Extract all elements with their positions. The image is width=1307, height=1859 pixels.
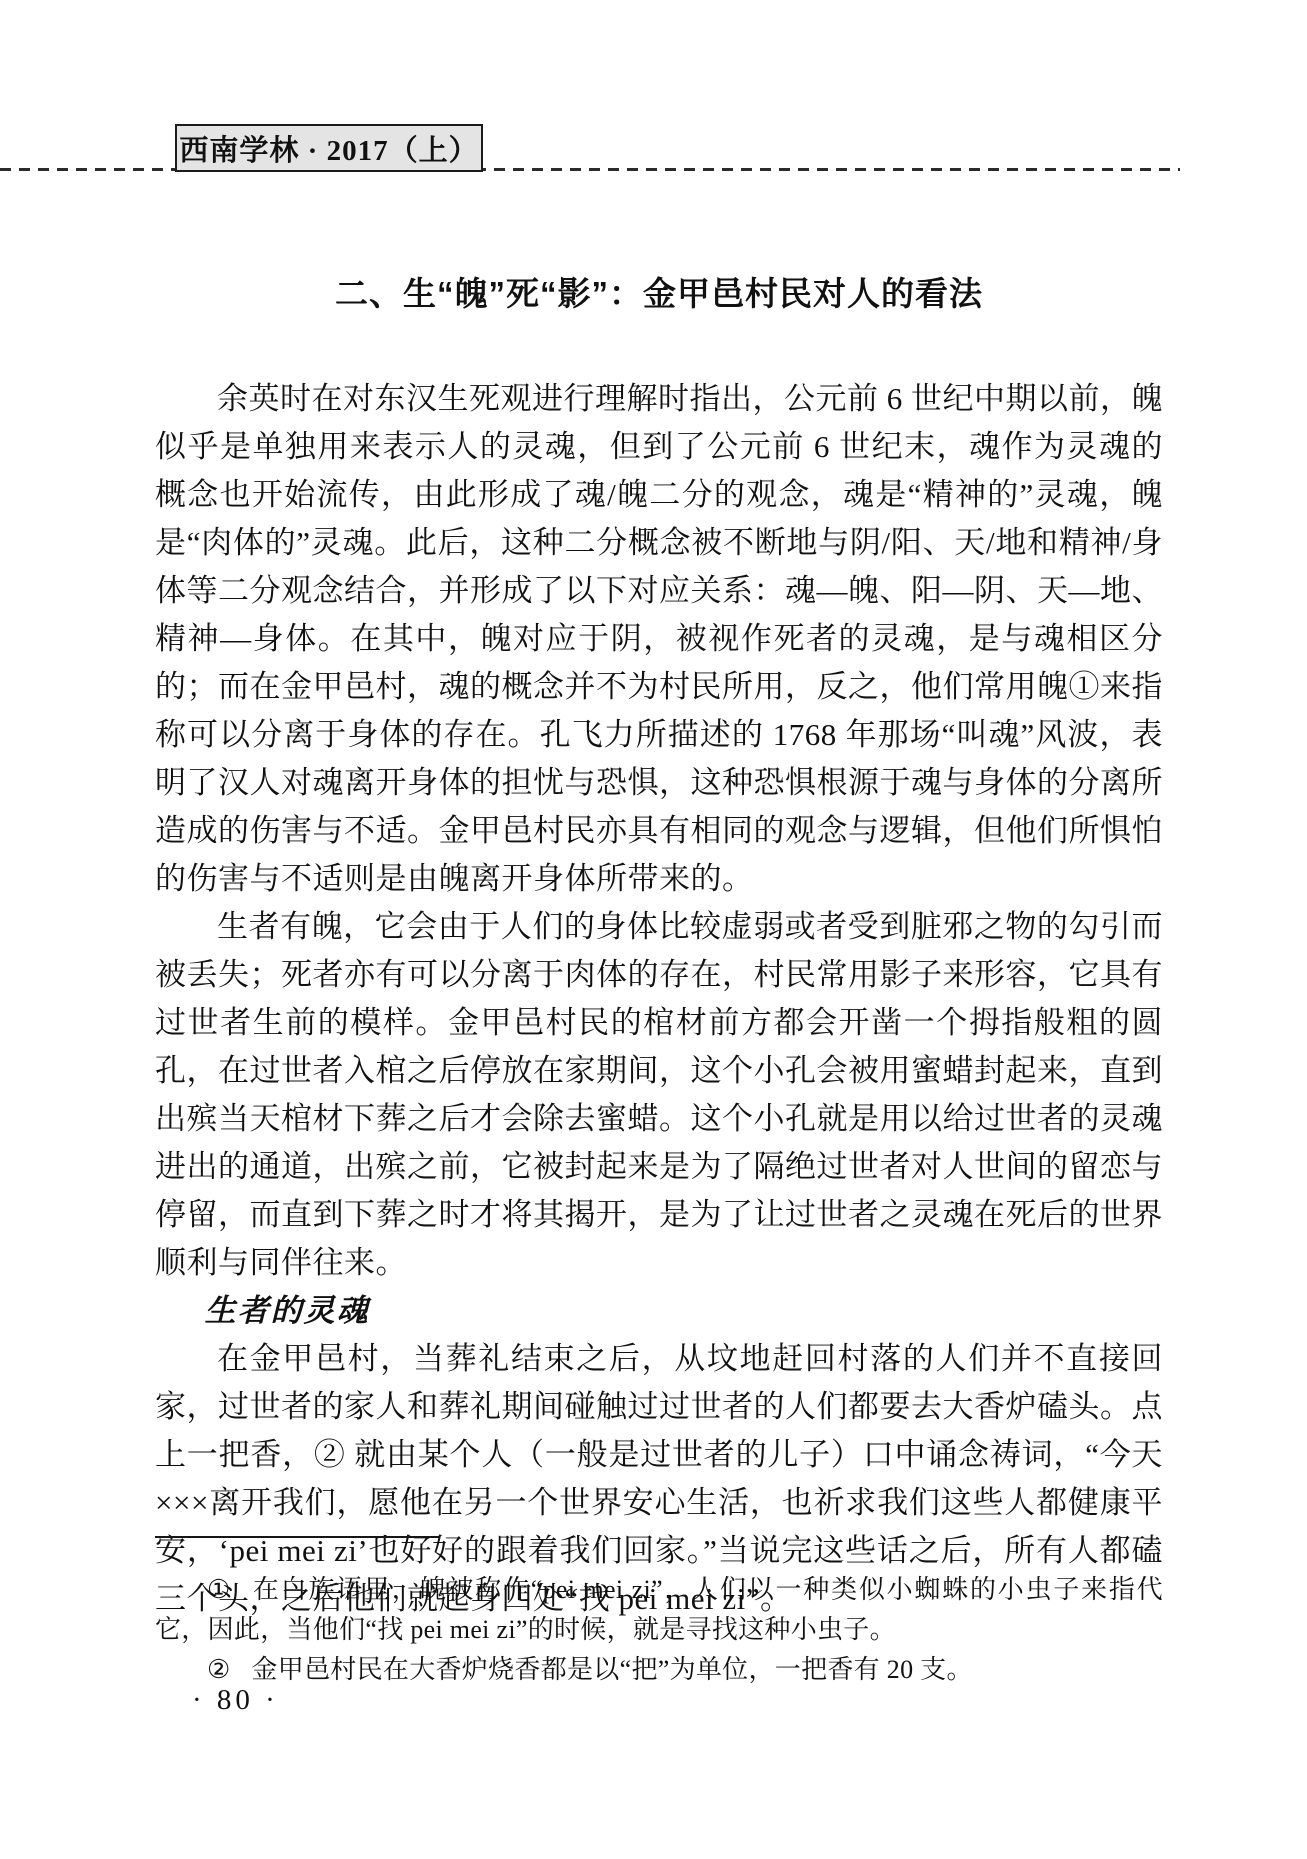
footnote-block: ①在白族语里，魄被称作“pei mei zi”，人们以一种类似小蜘蛛的小虫子来指… xyxy=(155,1536,1163,1690)
section-title: 二、生“魄”死“影”：金甲邑村民对人的看法 xyxy=(155,268,1163,315)
main-text-column: 二、生“魄”死“影”：金甲邑村民对人的看法 余英时在对东汉生死观进行理解时指出，… xyxy=(155,252,1163,1623)
paragraph-2: 生者有魄，它会由于人们的身体比较虚弱或者受到脏邪之物的勾引而被丢失；死者亦有可以… xyxy=(155,903,1163,1287)
footnote-1: ①在白族语里，魄被称作“pei mei zi”，人们以一种类似小蜘蛛的小虫子来指… xyxy=(155,1570,1163,1650)
footnote-1-text: 在白族语里，魄被称作“pei mei zi”，人们以一种类似小蜘蛛的小虫子来指代… xyxy=(155,1575,1163,1644)
footnote-1-marker: ① xyxy=(207,1575,232,1604)
paragraph-1: 余英时在对东汉生死观进行理解时指出，公元前 6 世纪中期以前，魄似乎是单独用来表… xyxy=(155,375,1163,903)
running-header-box: 西南学林 · 2017（上） xyxy=(175,124,483,172)
journal-title: 西南学林 · 2017（上） xyxy=(179,128,478,169)
footnote-2-marker: ② xyxy=(207,1655,231,1684)
subsection-title: 生者的灵魂 xyxy=(155,1287,1163,1335)
document-page: 西南学林 · 2017（上） 二、生“魄”死“影”：金甲邑村民对人的看法 余英时… xyxy=(0,0,1307,1859)
footnote-separator-rule xyxy=(155,1536,440,1538)
footnote-2: ②金甲邑村民在大香炉烧香都是以“把”为单位，一把香有 20 支。 xyxy=(155,1650,1163,1690)
footnote-2-text: 金甲邑村民在大香炉烧香都是以“把”为单位，一把香有 20 支。 xyxy=(251,1655,972,1684)
page-number: · 80 · xyxy=(192,1684,279,1717)
